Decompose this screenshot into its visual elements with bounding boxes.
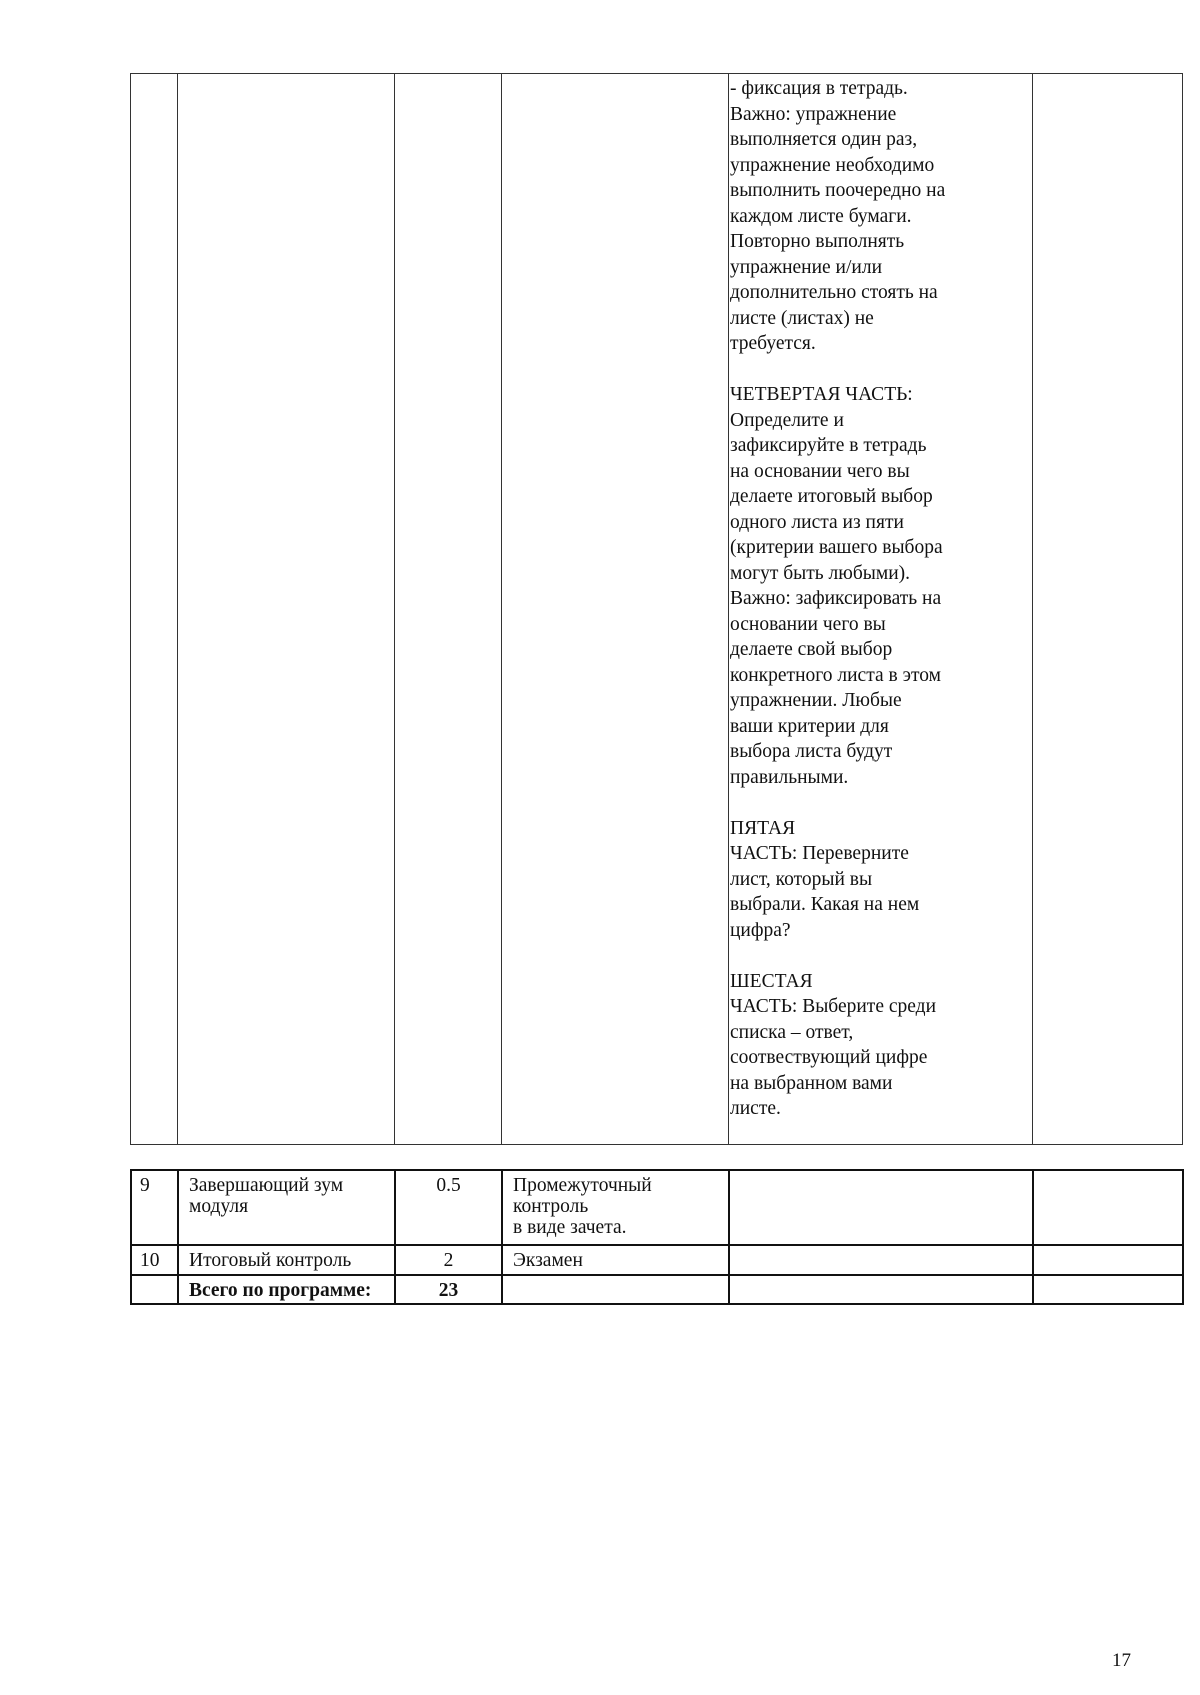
total-label: Всего по программе: bbox=[178, 1275, 395, 1305]
table-row: 10 Итоговый контроль 2 Экзамен bbox=[131, 1245, 1183, 1275]
cell-control-form: Промежуточный контроль в виде зачета. bbox=[502, 1170, 729, 1245]
cell-content bbox=[729, 1170, 1033, 1245]
cell-number bbox=[131, 1275, 178, 1305]
program-table-summary: 9 Завершающий зум модуля 0.5 Промежуточн… bbox=[130, 1169, 1184, 1305]
cell-topic: Завершающий зум модуля bbox=[178, 1170, 395, 1245]
cell-extra bbox=[1033, 1170, 1183, 1245]
cell-content bbox=[729, 1275, 1033, 1305]
exercise-instructions: - фиксация в тетрадь. Важно: упражнение … bbox=[729, 74, 1032, 1122]
page-number: 17 bbox=[1112, 1650, 1131, 1672]
cell-content bbox=[729, 1245, 1033, 1275]
table-row: - фиксация в тетрадь. Важно: упражнение … bbox=[131, 74, 1183, 1145]
table-row: 9 Завершающий зум модуля 0.5 Промежуточн… bbox=[131, 1170, 1183, 1245]
total-hours: 23 bbox=[395, 1275, 502, 1305]
program-table-continuation: - фиксация в тетрадь. Важно: упражнение … bbox=[130, 73, 1183, 1145]
cell-control-form bbox=[502, 74, 729, 1145]
cell-control-form bbox=[502, 1275, 729, 1305]
cell-number: 9 bbox=[131, 1170, 178, 1245]
cell-number: 10 bbox=[131, 1245, 178, 1275]
cell-extra bbox=[1033, 1245, 1183, 1275]
cell-control-form: Экзамен bbox=[502, 1245, 729, 1275]
cell-topic: Итоговый контроль bbox=[178, 1245, 395, 1275]
cell-content: - фиксация в тетрадь. Важно: упражнение … bbox=[729, 74, 1033, 1145]
total-row: Всего по программе: 23 bbox=[131, 1275, 1183, 1305]
cell-number bbox=[131, 74, 178, 1145]
cell-hours: 2 bbox=[395, 1245, 502, 1275]
cell-extra bbox=[1033, 74, 1183, 1145]
cell-hours: 0.5 bbox=[395, 1170, 502, 1245]
cell-topic bbox=[178, 74, 395, 1145]
cell-extra bbox=[1033, 1275, 1183, 1305]
cell-hours bbox=[395, 74, 502, 1145]
